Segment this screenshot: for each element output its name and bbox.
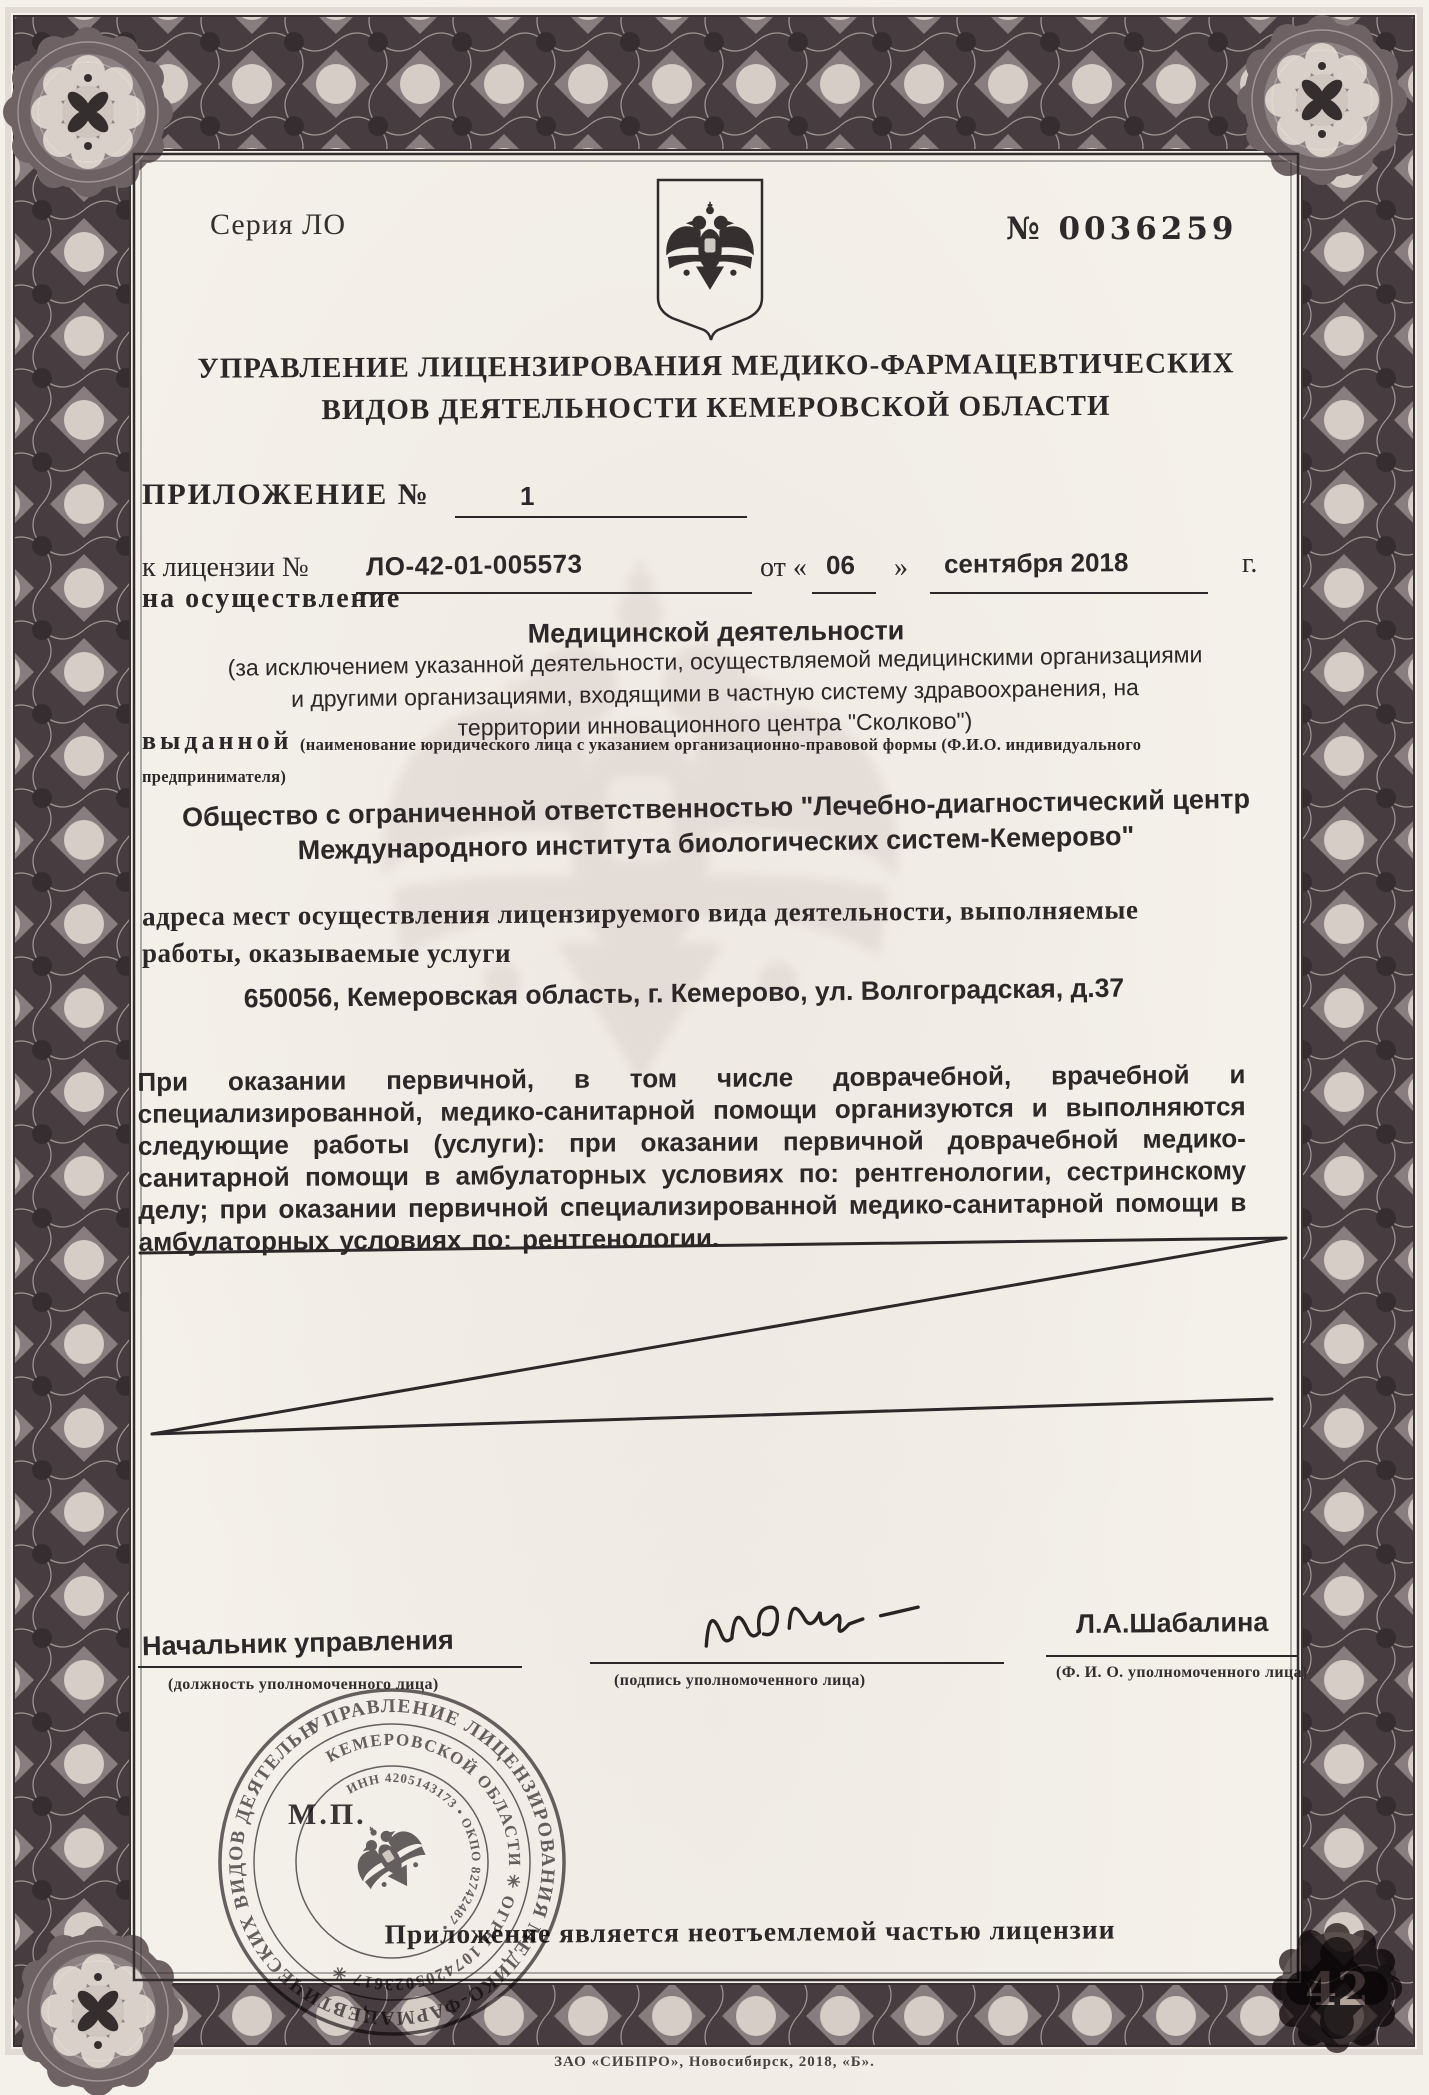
region-code-badge: 42 [1272, 1923, 1402, 2053]
overlay-canvas: УПРАВЛЕНИЕ ЛИЦЕНЗИРОВАНИЯ МЕДИКО-ФАРМАЦЕ… [0, 0, 1429, 2095]
signature-scribble [704, 1597, 920, 1646]
stamp-eagle-icon [340, 1808, 436, 1904]
svg-text:ИНН 4205143173 • ОКПО 82742487: ИНН 4205143173 • ОКПО 82742487 • [343, 1735, 519, 1940]
round-stamp-icon: УПРАВЛЕНИЕ ЛИЦЕНЗИРОВАНИЯ МЕДИКО-ФАРМАЦЕ… [155, 1625, 629, 2095]
region-code-number: 42 [1305, 1962, 1369, 2016]
stamp-inner-text: ИНН 4205143173 • ОКПО 82742487 • [343, 1735, 519, 1940]
license-document-scan: Серия ЛО № 0036259 УПРАВЛЕНИЕ ЛИЦЕНЗИРОВ… [0, 0, 1429, 2095]
